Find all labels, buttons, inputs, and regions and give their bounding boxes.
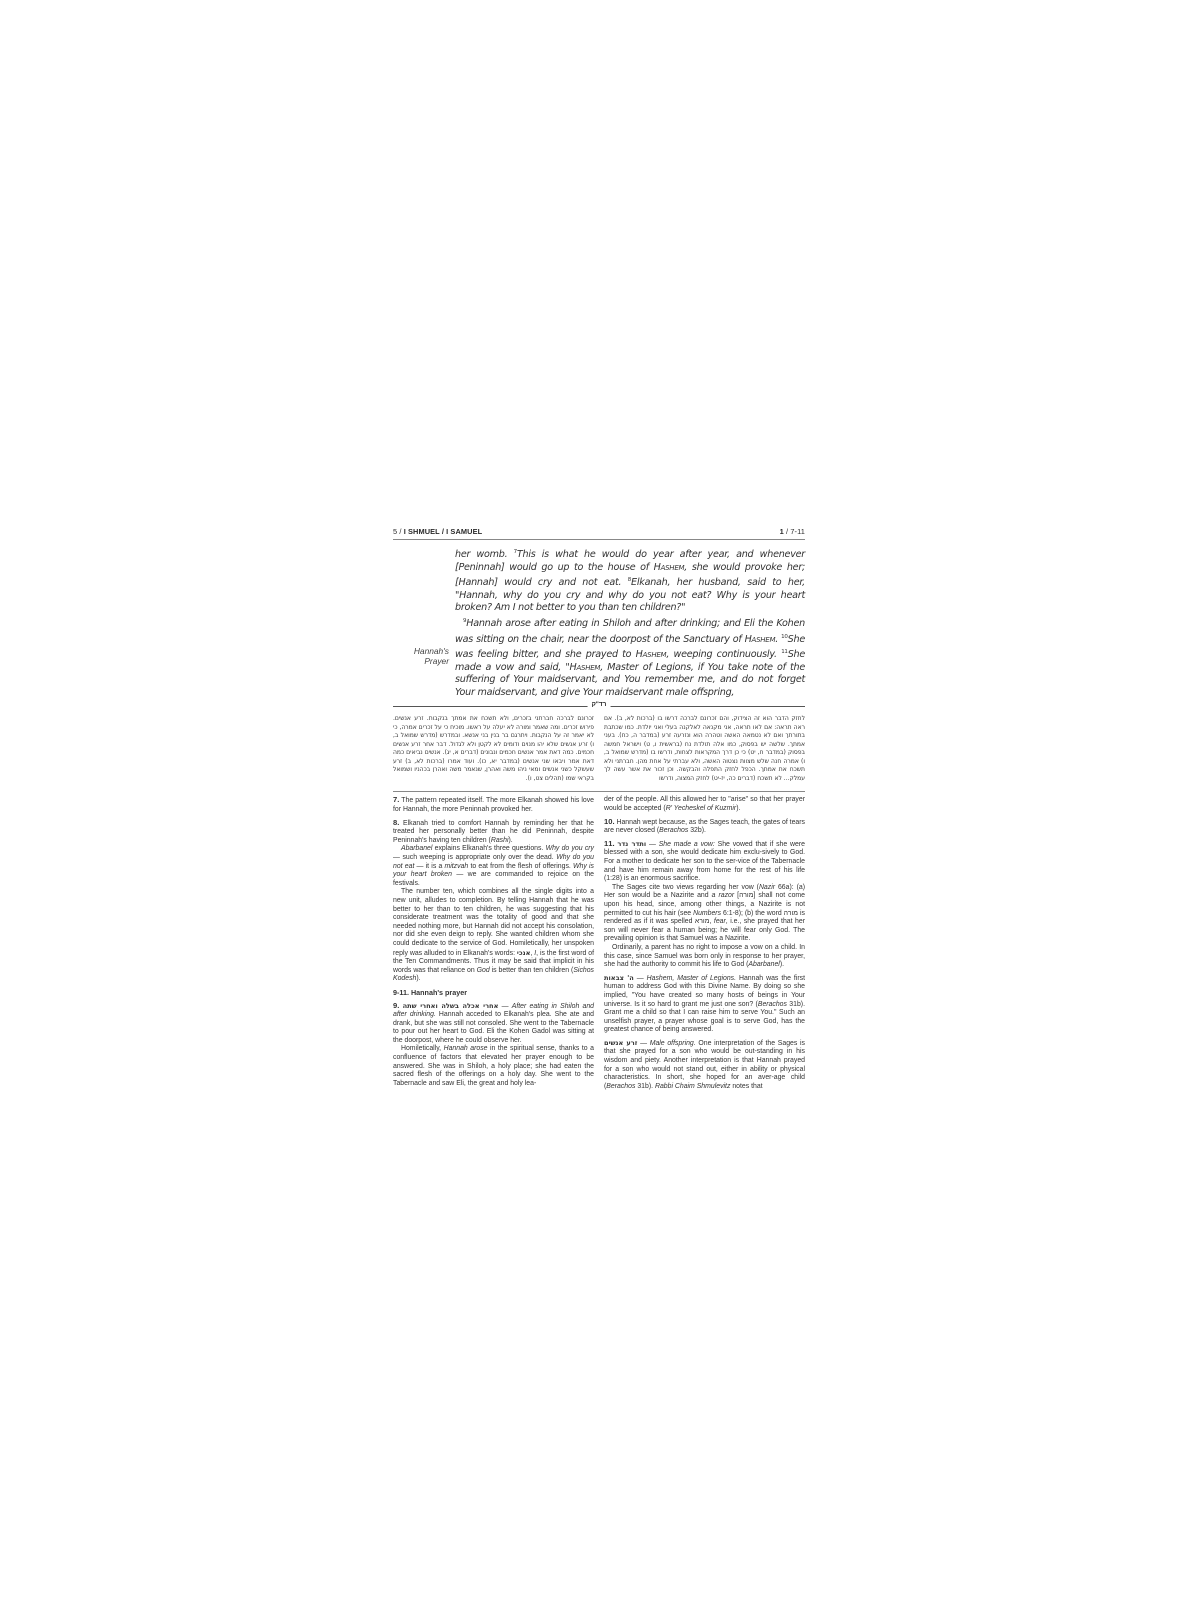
translation-paragraph: 9Hannah arose after eating in Shiloh and… xyxy=(455,615,805,700)
commentary-column-left: 7. The pattern repeated itself. The more… xyxy=(393,796,594,1095)
commentary-divider xyxy=(393,791,805,792)
commentary-paragraph: The number ten, which combines all the s… xyxy=(393,888,594,984)
verse-translation: her womb. 7This is what he would do year… xyxy=(455,546,805,699)
commentary-lemma-male-offspring: זרע אנשים — Male offspring. One interpre… xyxy=(604,1039,805,1092)
book-title: I SHMUEL / I SAMUEL xyxy=(404,527,483,536)
commentary-note-9: 9. אחרי אכלה בשלה ואחרי שתה — After eati… xyxy=(393,1002,594,1046)
commentary-continuation: der of the people. All this allowed her … xyxy=(604,796,805,813)
book-page: 5 / I SHMUEL / I SAMUEL 1 / 7-11 Hannah'… xyxy=(393,527,805,1095)
divine-name: Hashem xyxy=(745,634,776,645)
commentary-paragraph: Homiletically, Hannah arose in the spiri… xyxy=(393,1045,594,1088)
translation-block: Hannah's Prayer her womb. 7This is what … xyxy=(393,546,805,699)
radak-divider: רד"ק xyxy=(393,706,805,707)
commentary-paragraph: Abarbanel explains Elkanah's three quest… xyxy=(393,845,594,888)
commentary-lemma-master-of-legions: ה' צבאות — Hashem, Master of Legions. Ha… xyxy=(604,974,805,1035)
commentary-note-10: 10. Hannah wept because, as the Sages te… xyxy=(604,818,805,836)
translation-paragraph: her womb. 7This is what he would do year… xyxy=(455,546,805,615)
radak-column-left: זכרונם לברכה חברתני בזכרים, ולא תשכח את … xyxy=(393,715,594,783)
commentary-paragraph: Ordinarily, a parent has no right to imp… xyxy=(604,944,805,970)
commentary-note-7: 7. The pattern repeated itself. The more… xyxy=(393,796,594,814)
section-heading: 9-11. Hannah's prayer xyxy=(393,989,594,998)
running-head-title: 5 / I SHMUEL / I SAMUEL xyxy=(393,527,482,536)
radak-commentary: לחזק הדבר הוא זה הצידוק, והם זכרונם לברכ… xyxy=(393,715,805,783)
commentary-paragraph: The Sages cite two views regarding her v… xyxy=(604,884,805,944)
divine-name: Hashem xyxy=(654,562,685,573)
divine-name: Hashem xyxy=(636,649,667,660)
radak-label: רד"ק xyxy=(588,701,611,708)
commentary-column-right: der of the people. All this allowed her … xyxy=(604,796,805,1095)
english-commentary: 7. The pattern repeated itself. The more… xyxy=(393,796,805,1095)
commentary-note-8: 8. Elkanah tried to comfort Hannah by re… xyxy=(393,819,594,846)
running-head: 5 / I SHMUEL / I SAMUEL 1 / 7-11 xyxy=(393,527,805,540)
commentary-note-11: 11. ותדר נדר — She made a vow: She vowed… xyxy=(604,840,805,884)
chapter-verse-range: 1 / 7-11 xyxy=(780,527,805,536)
side-notes: Hannah's Prayer xyxy=(393,546,455,699)
radak-column-right: לחזק הדבר הוא זה הצידוק, והם זכרונם לברכ… xyxy=(604,715,805,783)
verse-range: 7-11 xyxy=(790,527,805,536)
side-note-hannahs-prayer: Hannah's Prayer xyxy=(414,646,449,666)
divine-name: Hashem xyxy=(570,662,601,673)
